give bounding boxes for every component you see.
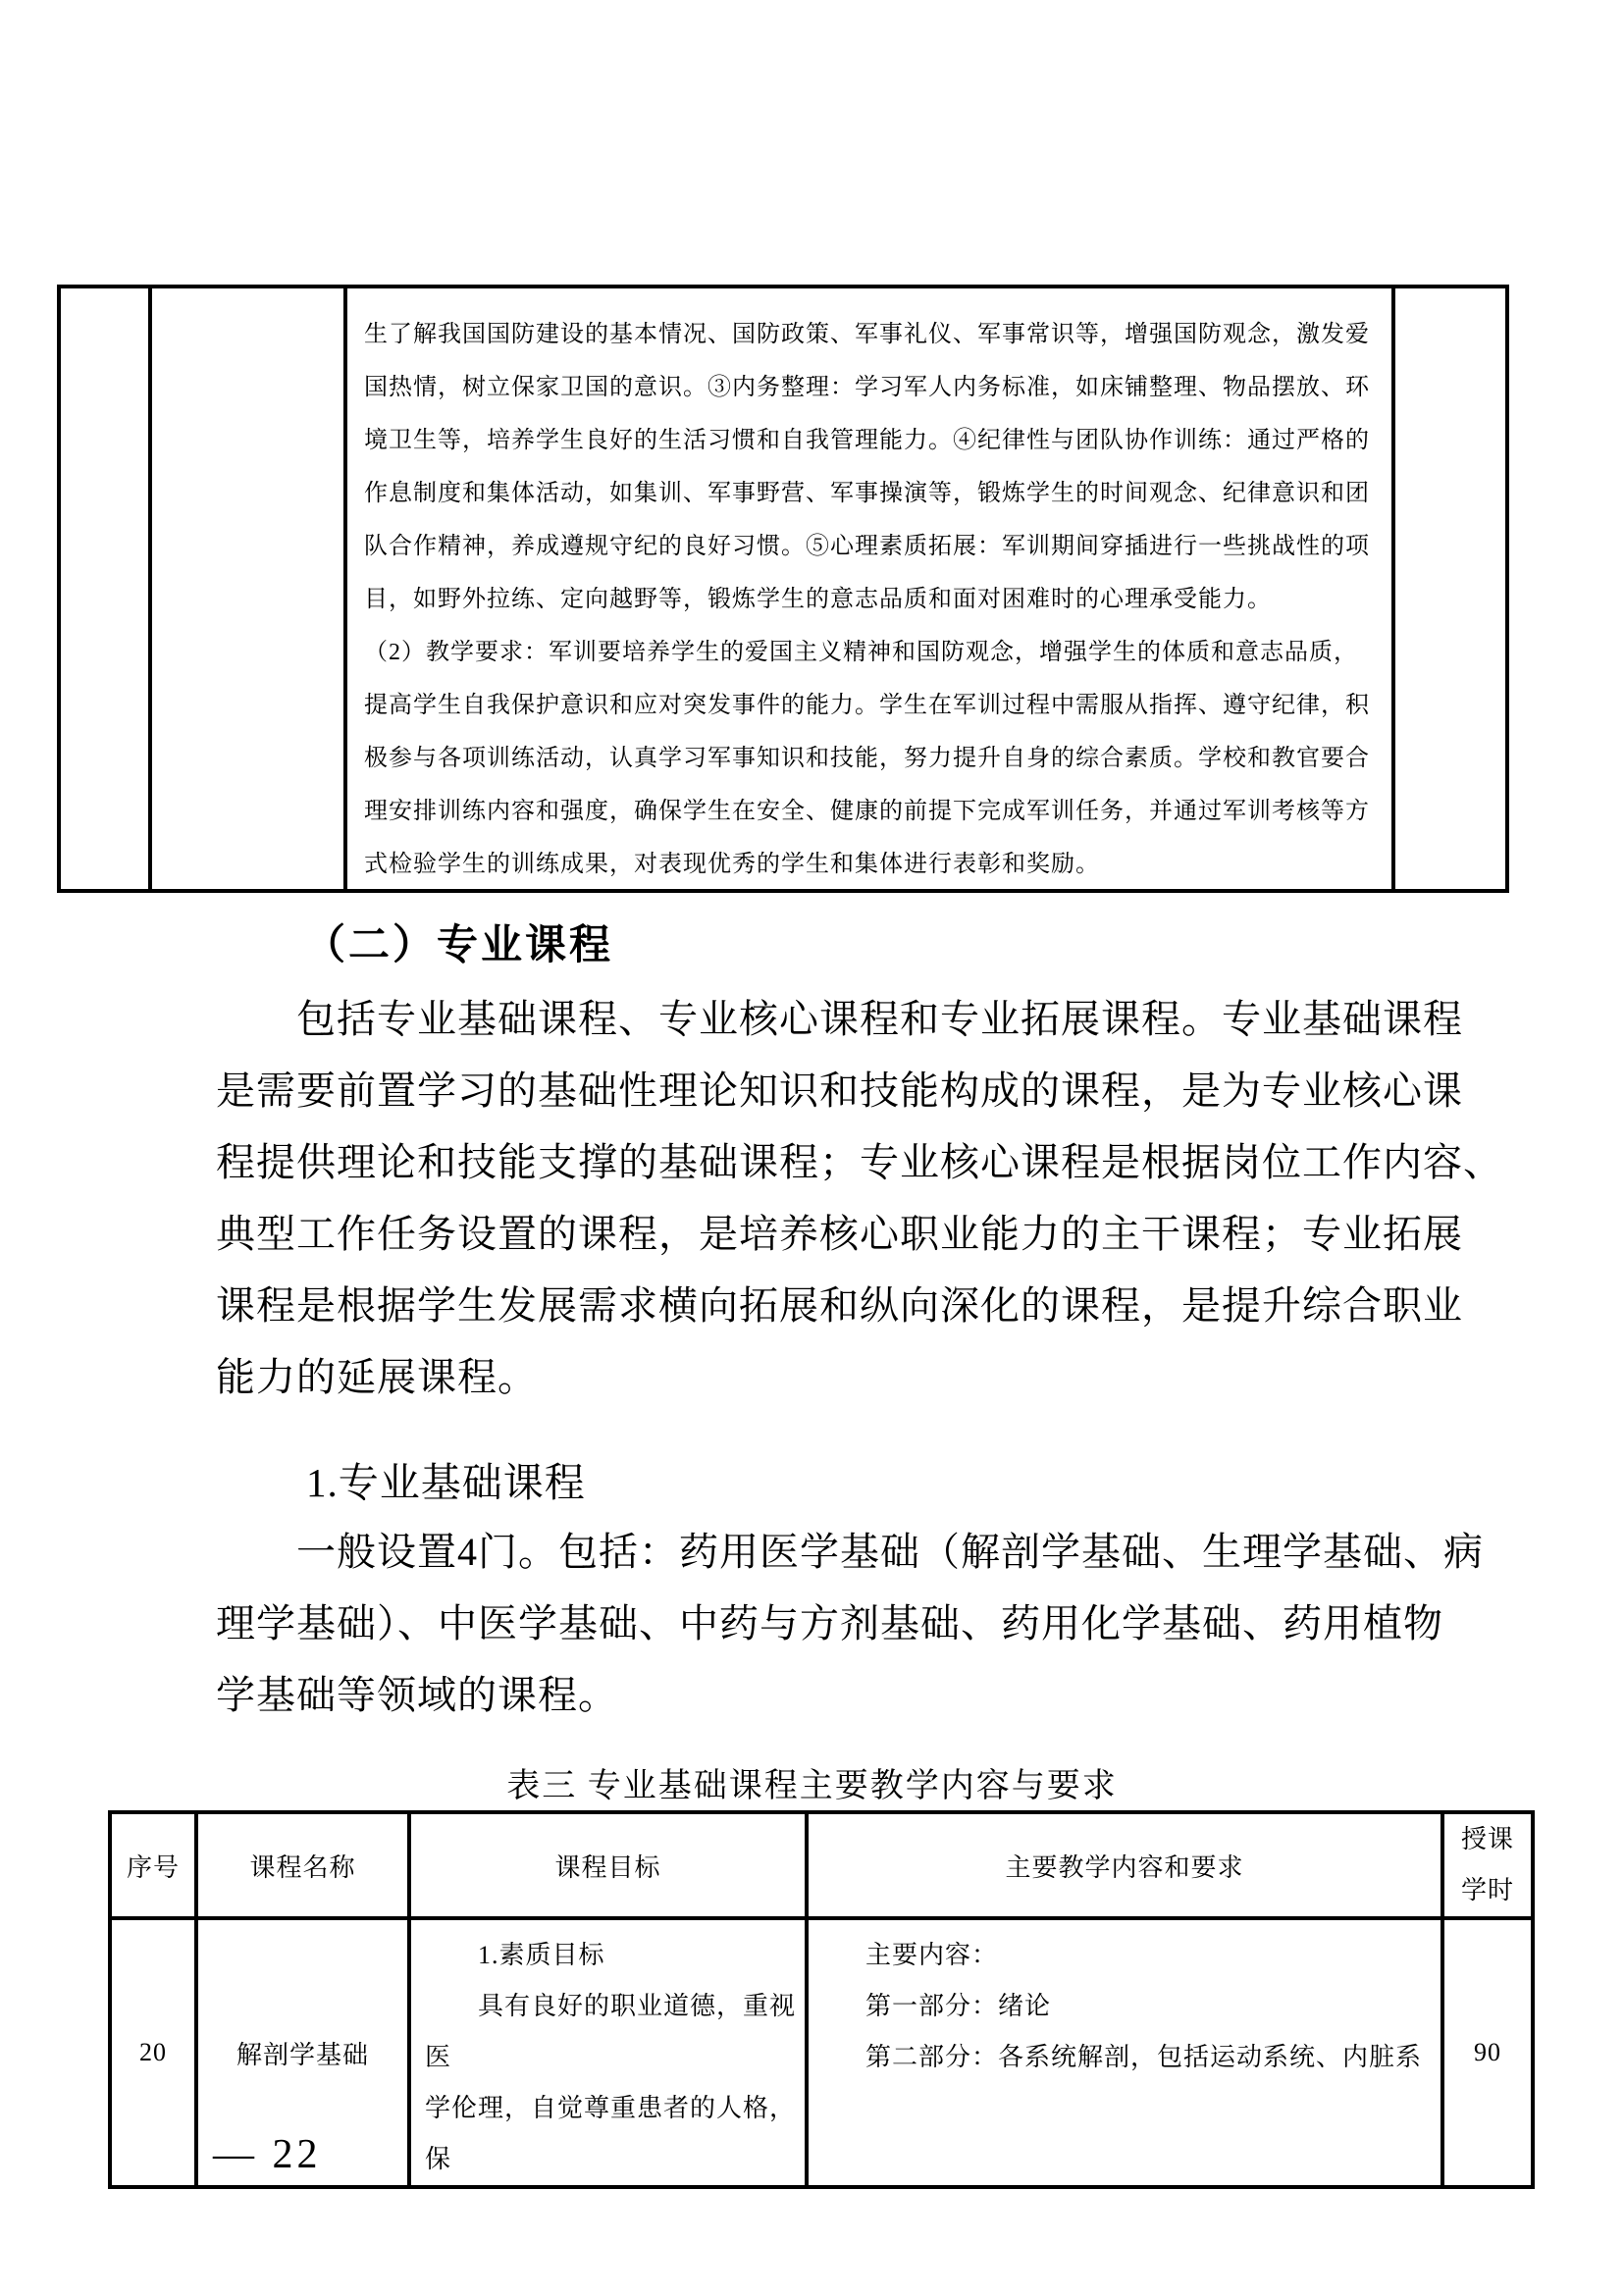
section-heading: （二）专业课程 xyxy=(304,913,613,971)
military-training-content-text: 生了解我国国防建设的基本情况、国防政策、军事礼仪、军事常识等，增强国防观念，激发… xyxy=(347,288,1395,889)
section-paragraph: 包括专业基础课程、专业核心课程和专业拓展课程。专业基础课程 是需要前置学习的基础… xyxy=(216,983,1526,1413)
table3-header-row: 序号 课程名称 课程目标 主要教学内容和要求 授课 学时 xyxy=(110,1812,1533,1918)
table3-header-objectives: 课程目标 xyxy=(409,1812,807,1918)
table3-header-content: 主要教学内容和要求 xyxy=(807,1812,1442,1918)
table-empty-index-cell xyxy=(61,288,152,889)
table3: 序号 课程名称 课程目标 主要教学内容和要求 授课 学时 20 解剖学基础 1.… xyxy=(108,1810,1535,2189)
table3-header-course-name: 课程名称 xyxy=(196,1812,409,1918)
page-number: — 22 xyxy=(213,2131,322,2178)
subsection-heading: 1.专业基础课程 xyxy=(306,1450,586,1508)
table3-header-index: 序号 xyxy=(110,1812,196,1918)
table3-cell-index: 20 xyxy=(110,1918,196,2187)
table3-caption: 表三 专业基础课程主要教学内容与要求 xyxy=(0,1758,1624,1806)
table3-cell-objectives: 1.素质目标 具有良好的职业道德，重视医 学伦理，自觉尊重患者的人格，保 xyxy=(409,1918,807,2187)
table3-cell-hours: 90 xyxy=(1442,1918,1533,2187)
table3-data-row: 20 解剖学基础 1.素质目标 具有良好的职业道德，重视医 学伦理，自觉尊重患者… xyxy=(110,1918,1533,2187)
table-empty-hours-cell xyxy=(1395,288,1505,889)
table3-header-hours: 授课 学时 xyxy=(1442,1812,1533,1918)
table3-cell-content: 主要内容： 第一部分：绪论 第二部分：各系统解剖，包括运动系统、内脏系 xyxy=(807,1918,1442,2187)
continued-military-training-table: 生了解我国国防建设的基本情况、国防政策、军事礼仪、军事常识等，增强国防观念，激发… xyxy=(57,285,1509,893)
document-page: 生了解我国国防建设的基本情况、国防政策、军事礼仪、军事常识等，增强国防观念，激发… xyxy=(0,0,1624,2295)
table-empty-course-cell xyxy=(152,288,347,889)
subsection-paragraph: 一般设置4门。包括：药用医学基础（解剖学基础、生理学基础、病 理学基础）、中医学… xyxy=(216,1516,1526,1731)
